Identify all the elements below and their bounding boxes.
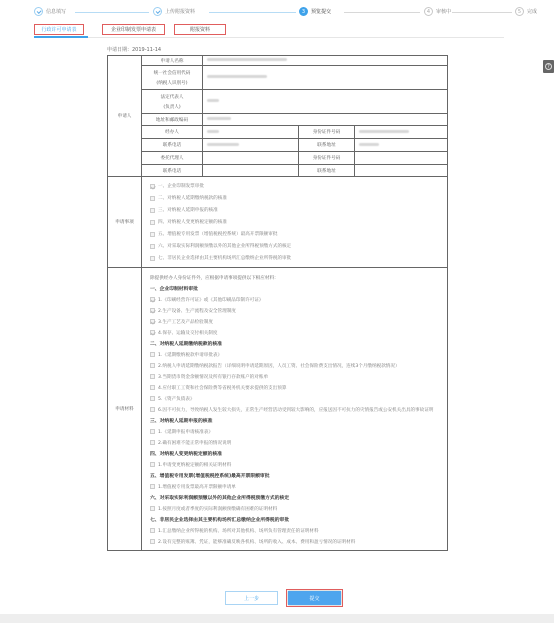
phone-label: 联系电话 [142, 139, 203, 152]
checkbox[interactable] [150, 232, 155, 237]
material-checkbox-row[interactable]: 1.《延期缴纳税款申请审批表》 [150, 349, 447, 360]
material-label: 3.当期货币资金余额情况及所有银行存款账户的对账单 [158, 374, 268, 380]
apply-item-checkbox-row[interactable]: 六、对采取实际利润额预缴以外的其他企业所得税预缴方式的核定 [150, 240, 447, 252]
material-checkbox-row[interactable]: 1.增值税专用发票最高开票限额申请单 [150, 481, 447, 492]
material-label: 6.因不可抗力，导致纳税人发生较大损失，正常生产经营活动受到较大影响的，应报送因… [158, 407, 433, 413]
agent-id-label: 身份证件号码 [299, 152, 355, 165]
checkbox[interactable] [150, 407, 155, 412]
step-label: 预览提交 [311, 8, 331, 15]
legal-rep-line1: 法定代表人 [142, 94, 202, 100]
apply-item-label: 四、对纳税人变更纳税定额的核准 [158, 219, 227, 225]
step-4: 4 审核中 [424, 7, 451, 16]
checkbox[interactable] [150, 440, 155, 445]
material-label: 1.增值税专用发票最高开票限额申请单 [158, 484, 236, 490]
id-number-label: 身份证件号码 [299, 126, 355, 139]
tab-admin-license-form[interactable]: 行政许可申请表 [34, 24, 84, 35]
check-icon [34, 7, 43, 16]
material-checkbox-row[interactable]: 4.应付职工工资和社会保险费等省税务机关要求提供的支出预算 [150, 382, 447, 393]
help-icon: ? [545, 63, 552, 70]
apply-item-label: 二、对纳税人延期缴纳税款的核准 [158, 195, 227, 201]
agent-address-value [355, 165, 448, 177]
handler-label: 经办人 [142, 126, 203, 139]
apply-items-list: 一、企业印制发票审批二、对纳税人延期缴纳税款的核准三、对纳税人延期申报的核准四、… [142, 177, 448, 268]
check-icon [153, 7, 162, 16]
agent-id-value [355, 152, 448, 165]
material-checkbox-row[interactable]: 2.生产设备、生产流程及安全管理制度 [150, 305, 447, 316]
step-2: 上传附报资料 [153, 7, 195, 16]
material-checkbox-row[interactable]: 1.申请变更纳税定额的相关证明材料 [150, 459, 447, 470]
material-checkbox-row[interactable]: 2.纳税人申请延期缴纳税款报告（详细说明申请延期原因，人员工资、社会保险费支出情… [150, 360, 447, 371]
material-label: 2.生产设备、生产流程及安全管理制度 [158, 308, 236, 314]
active-tab-indicator [34, 36, 88, 38]
step-connector [452, 12, 512, 13]
checkbox[interactable] [150, 396, 155, 401]
footer-bar [0, 614, 554, 623]
materials-list: 除提供经办人身份证件外，应根据申请事项提供以下相应材料：一、企业印制材料审批1.… [142, 268, 448, 551]
step-number: 3 [299, 7, 308, 16]
material-label: 4.保存、运输及交付相关制度 [158, 330, 218, 336]
id-number-value [355, 126, 448, 139]
materials-section-title: 四、对纳税人变更纳税定额的核准 [150, 448, 447, 459]
material-checkbox-row[interactable]: 1.《延期申报申请核准表》 [150, 426, 447, 437]
agent-label: 委托代理人 [142, 152, 203, 165]
handler-value [203, 126, 299, 139]
material-checkbox-row[interactable]: 6.因不可抗力，导致纳税人发生较大损失，正常生产经营活动受到较大影响的，应报送因… [150, 404, 447, 415]
apply-item-label: 五、增值税专用发票（增值税税控系统）最高开票限额审批 [158, 231, 277, 237]
apply-item-checkbox-row[interactable]: 七、非居民企业选择由其主要机构场所汇总缴纳企业所得税的审批 [150, 252, 447, 264]
agent-phone-value [203, 165, 299, 177]
checkbox[interactable] [150, 429, 155, 434]
checkbox[interactable] [150, 319, 155, 324]
step-connector [344, 12, 420, 13]
prev-step-button[interactable]: 上一步 [225, 591, 278, 605]
apply-item-checkbox-row[interactable]: 二、对纳税人延期缴纳税款的核准 [150, 192, 447, 204]
materials-section-title: 五、增值税专用发票(增值税税控系统)最高开票限额审批 [150, 470, 447, 481]
checkbox[interactable] [150, 297, 155, 302]
progress-steps: 信息填写 上传附报资料 3 预览提交 4 审核中 5 完成 [34, 7, 554, 19]
tab-attachments[interactable]: 附报资料 [174, 24, 226, 35]
apply-items-category: 申请事项 [108, 177, 142, 268]
material-checkbox-row[interactable]: 2.确有困难不能正常申报的情况说明 [150, 437, 447, 448]
checkbox[interactable] [150, 184, 155, 189]
legal-rep-label: 法定代表人 (负责人) [142, 90, 203, 114]
checkbox[interactable] [150, 256, 155, 261]
step-connector [209, 12, 296, 13]
checkbox[interactable] [150, 363, 155, 368]
checkbox[interactable] [150, 308, 155, 313]
material-label: 2.纳税人申请延期缴纳税款报告（详细说明申请延期原因，人员工资、社会保险费支出情… [158, 363, 400, 369]
apply-item-label: 三、对纳税人延期申报的核准 [158, 207, 218, 213]
credit-code-label: 统一社会信用代码 (纳税人识别号) [142, 66, 203, 90]
checkbox[interactable] [150, 196, 155, 201]
step-label: 信息填写 [46, 8, 66, 15]
material-label: 1.《延期缴纳税款申请审批表》 [158, 352, 222, 358]
materials-section-title: 七、非居民企业选择由其主要机构场所汇总缴纳企业所得税的审批 [150, 514, 447, 525]
materials-section-title: 三、对纳税人延期申报的核准 [150, 415, 447, 426]
agent-phone-label: 联系电话 [142, 165, 203, 177]
apply-item-checkbox-row[interactable]: 一、企业印制发票审批 [150, 180, 447, 192]
checkbox[interactable] [150, 208, 155, 213]
material-checkbox-row[interactable]: 1.《印刷经营许可证》或《其他印刷品印制许可证》 [150, 294, 447, 305]
checkbox[interactable] [150, 244, 155, 249]
agent-value [203, 152, 299, 165]
apply-item-checkbox-row[interactable]: 三、对纳税人延期申报的核准 [150, 204, 447, 216]
step-label: 上传附报资料 [165, 8, 195, 15]
materials-section-title: 二、对纳税人延期缴纳税款的核准 [150, 338, 447, 349]
credit-code-line2: (纳税人识别号) [142, 80, 202, 86]
checkbox[interactable] [150, 374, 155, 379]
credit-code-value [203, 66, 448, 90]
checkbox[interactable] [150, 220, 155, 225]
tab-bar: 行政许可申请表 企业印制发票申请表 附报资料 [34, 24, 504, 38]
material-label: 4.应付职工工资和社会保险费等省税务机关要求提供的支出预算 [158, 385, 286, 391]
step-number: 4 [424, 7, 433, 16]
material-label: 1.按照月度或者季度的实际利润额预缴确有困难的证明材料 [158, 506, 277, 512]
address-postcode-label: 地址和邮政编码 [142, 114, 203, 126]
apply-item-checkbox-row[interactable]: 四、对纳税人变更纳税定额的核准 [150, 216, 447, 228]
agent-address-label: 联系地址 [299, 165, 355, 177]
step-5: 5 完成 [515, 7, 537, 16]
step-label: 审核中 [436, 8, 451, 15]
applicant-name-label: 申请人名称 [142, 56, 203, 66]
materials-section-title: 六、对采取实际利润额预缴以外的其他企业所得税预缴方式的核定 [150, 492, 447, 503]
material-checkbox-row[interactable]: 5.《资产负债表》 [150, 393, 447, 404]
apply-item-label: 六、对采取实际利润额预缴以外的其他企业所得税预缴方式的核定 [158, 243, 291, 249]
action-buttons: 上一步 提交 [225, 591, 341, 605]
material-label: 5.《资产负债表》 [158, 396, 195, 402]
material-label: 1.申请变更纳税定额的相关证明材料 [158, 462, 231, 468]
tab-invoice-print-form[interactable]: 企业印制发票申请表 [102, 24, 165, 35]
applicant-category: 申请人 [108, 56, 142, 177]
materials-section-title: 一、企业印制材料审批 [150, 283, 447, 294]
checkbox[interactable] [150, 330, 155, 335]
step-1: 信息填写 [34, 7, 66, 16]
material-checkbox-row[interactable]: 2.设有完整的账簿、凭证，能够准确反映各机构、场所的收入、成本、费用和盈亏情况的… [150, 536, 447, 547]
checkbox[interactable] [150, 484, 155, 489]
material-checkbox-row[interactable]: 4.保存、运输及交付相关制度 [150, 327, 447, 338]
checkbox[interactable] [150, 352, 155, 357]
material-checkbox-row[interactable]: 3.生产工艺及产品检验制度 [150, 316, 447, 327]
material-label: 3.生产工艺及产品检验制度 [158, 319, 213, 325]
contact-address-label: 联系地址 [299, 139, 355, 152]
materials-category: 申请材料 [108, 268, 142, 551]
step-3: 3 预览提交 [299, 7, 331, 16]
step-label: 完成 [527, 8, 537, 15]
step-number: 5 [515, 7, 524, 16]
legal-rep-line2: (负责人) [142, 104, 202, 110]
application-form-table: 申请人 申请人名称 统一社会信用代码 (纳税人识别号) 法定代表人 (负责人) … [107, 55, 448, 551]
checkbox[interactable] [150, 539, 155, 544]
apply-item-label: 七、非居民企业选择由其主要机构场所汇总缴纳企业所得税的审批 [158, 255, 291, 261]
materials-intro: 除提供经办人身份证件外，应根据申请事项提供以下相应材料： [150, 272, 447, 283]
checkbox[interactable] [150, 506, 155, 511]
material-checkbox-row[interactable]: 1.按照月度或者季度的实际利润额预缴确有困难的证明材料 [150, 503, 447, 514]
apply-date: 申请日期：2019-11-14 [107, 46, 161, 53]
material-label: 1.汇总缴纳企业所得税的机构、场所对其他机构、场所负有管理责任的证明材料 [158, 528, 319, 534]
address-postcode-value [203, 114, 448, 126]
material-checkbox-row[interactable]: 1.汇总缴纳企业所得税的机构、场所对其他机构、场所负有管理责任的证明材料 [150, 525, 447, 536]
checkbox[interactable] [150, 528, 155, 533]
checkbox[interactable] [150, 385, 155, 390]
apply-item-label: 一、企业印制发票审批 [158, 183, 204, 189]
phone-value [203, 139, 299, 152]
apply-item-checkbox-row[interactable]: 五、增值税专用发票（增值税税控系统）最高开票限额审批 [150, 228, 447, 240]
material-label: 1.《延期申报申请核准表》 [158, 429, 213, 435]
applicant-name-value [203, 56, 448, 66]
material-checkbox-row[interactable]: 3.当期货币资金余额情况及所有银行存款账户的对账单 [150, 371, 447, 382]
contact-address-value [355, 139, 448, 152]
legal-rep-value [203, 90, 448, 114]
help-button[interactable]: ? [543, 60, 554, 73]
material-label: 2.设有完整的账簿、凭证，能够准确反映各机构、场所的收入、成本、费用和盈亏情况的… [158, 539, 355, 545]
step-connector [75, 12, 149, 13]
credit-code-line1: 统一社会信用代码 [142, 70, 202, 76]
material-label: 1.《印刷经营许可证》或《其他印刷品印制许可证》 [158, 297, 263, 303]
checkbox[interactable] [150, 462, 155, 467]
submit-button[interactable]: 提交 [288, 591, 341, 605]
material-label: 2.确有困难不能正常申报的情况说明 [158, 440, 231, 446]
